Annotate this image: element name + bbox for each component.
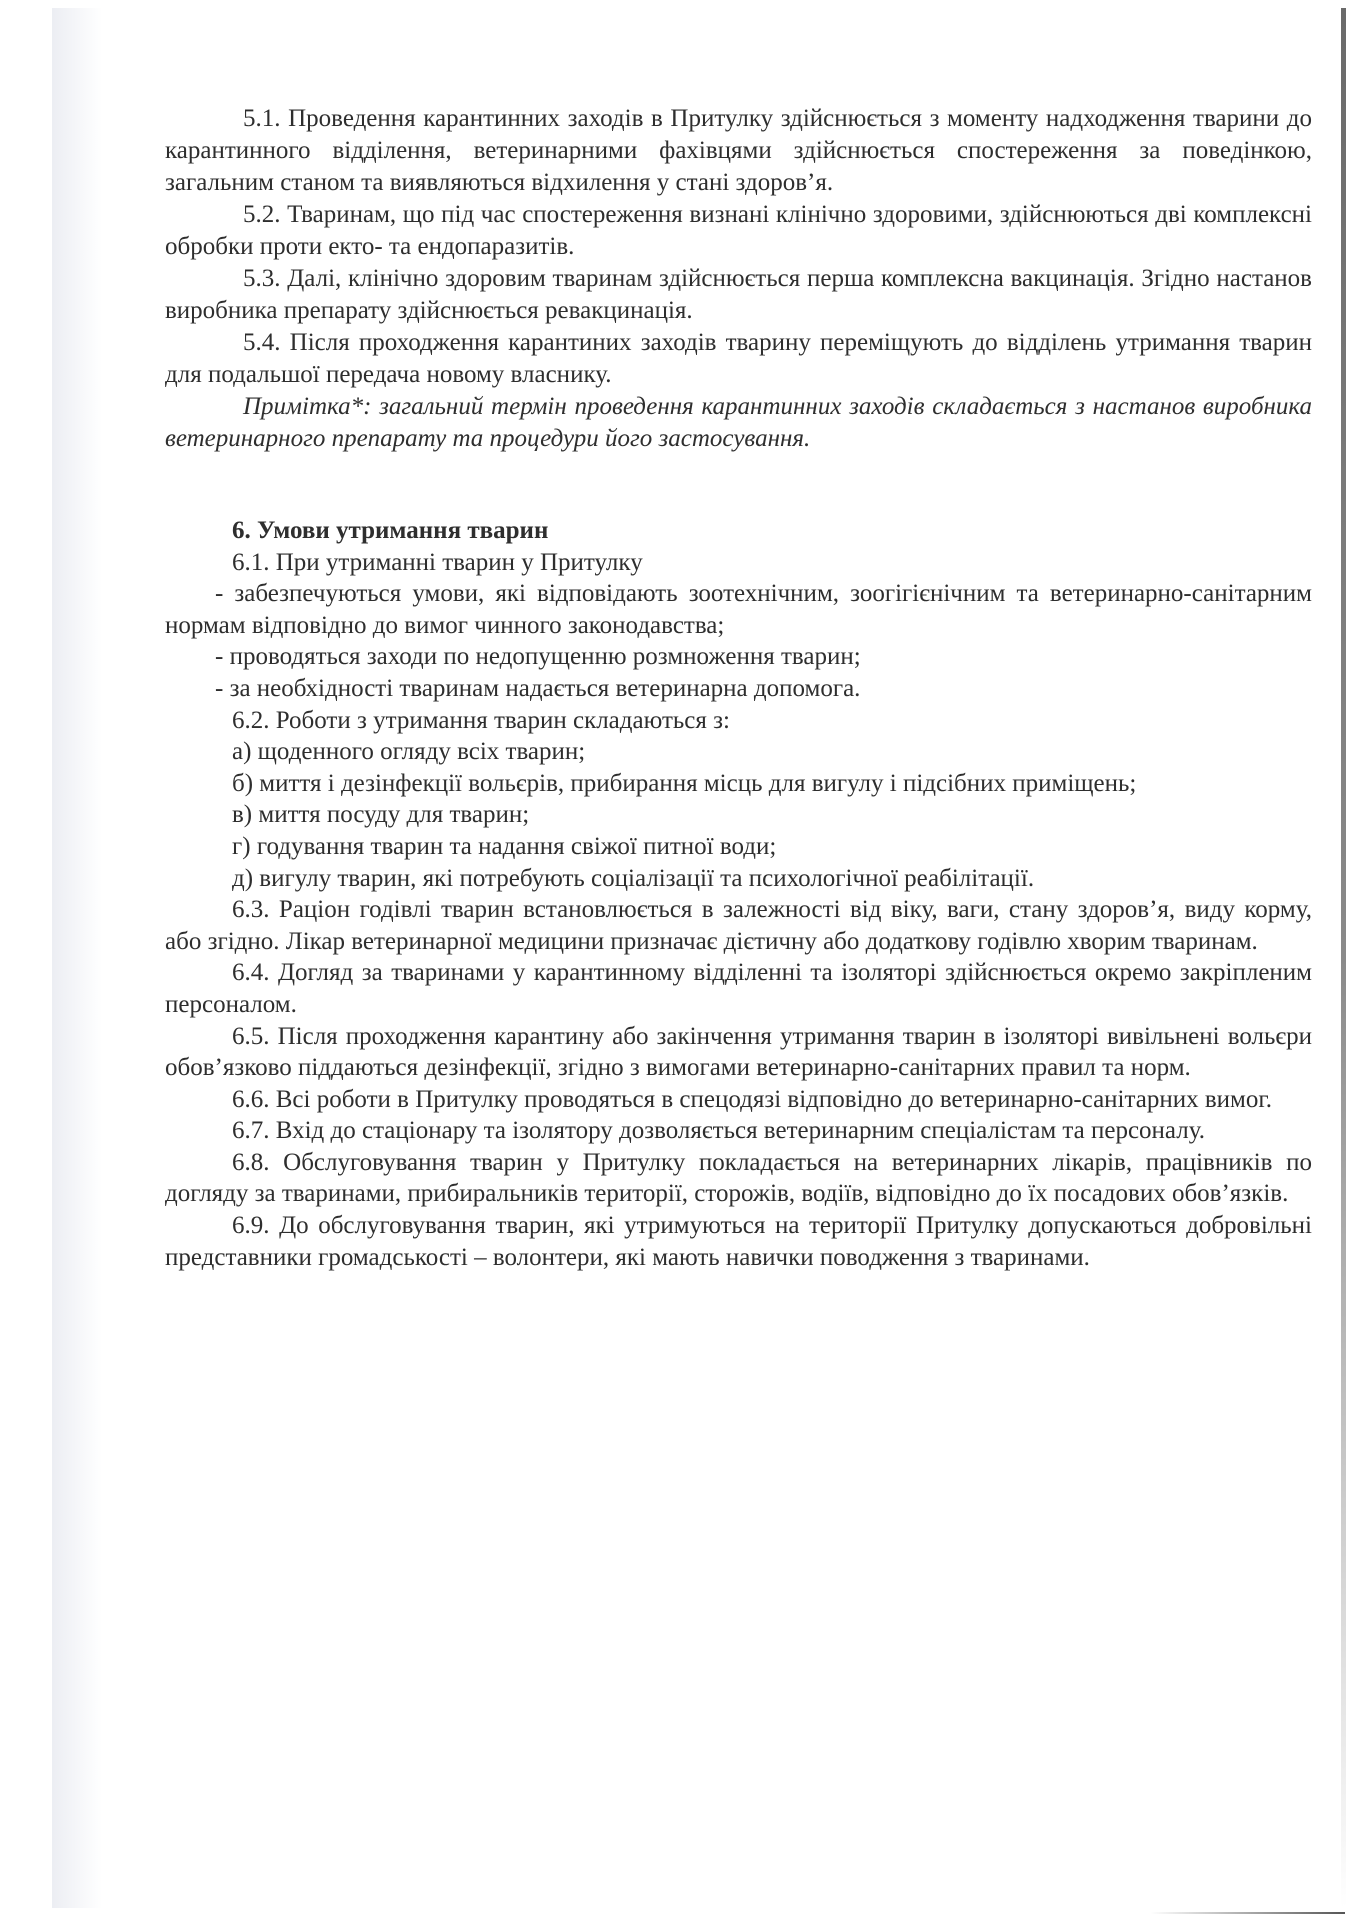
paragraph-6-9: 6.9. До обслуговування тварин, які утрим… [165, 1210, 1312, 1273]
list-item-6-2-a: а) щоденного огляду всіх тварин; [165, 736, 1312, 768]
list-item-6-2-b: б) миття і дезінфекції вольєрів, прибира… [165, 768, 1312, 800]
scan-edge-bottom [1150, 1912, 1345, 1914]
paragraph-6-4: 6.4. Догляд за тваринами у карантинному … [165, 957, 1312, 1020]
paragraph-6-5: 6.5. Після проходження карантину або зак… [165, 1021, 1312, 1084]
paragraph-5-4: 5.4. Після проходження карантиних заході… [165, 327, 1312, 391]
paragraph-5-3: 5.3. Далі, клінічно здоровим тваринам зд… [165, 263, 1312, 327]
paragraph-6-6: 6.6. Всі роботи в Притулку проводяться в… [165, 1084, 1312, 1116]
bullet-6-1-a: - забезпечуються умови, які відповідають… [165, 578, 1312, 641]
document-page: 5.1. Проведення карантинних заходів в Пр… [165, 103, 1312, 1273]
list-item-6-2-d: г) годування тварин та надання свіжої пи… [165, 831, 1312, 863]
paragraph-6-2: 6.2. Роботи з утримання тварин складають… [165, 705, 1312, 737]
paragraph-5-2: 5.2. Тваринам, що під час спостереження … [165, 199, 1312, 263]
section-6-heading: 6. Умови утримання тварин [165, 515, 1312, 547]
paragraph-6-1: 6.1. При утриманні тварин у Притулку [165, 547, 1312, 579]
paragraph-6-7: 6.7. Вхід до стаціонару та ізолятору доз… [165, 1115, 1312, 1147]
paragraph-5-1: 5.1. Проведення карантинних заходів в Пр… [165, 103, 1312, 199]
scan-shadow-left [52, 8, 102, 1908]
bullet-6-1-c: - за необхідності тваринам надається вет… [165, 673, 1312, 705]
list-item-6-2-e: д) вигулу тварин, які потребують соціалі… [165, 863, 1312, 895]
bullet-6-1-b: - проводяться заходи по недопущенню розм… [165, 641, 1312, 673]
section-gap [165, 455, 1312, 515]
list-item-6-2-c: в) миття посуду для тварин; [165, 799, 1312, 831]
note-paragraph: Примітка*: загальний термін проведення к… [165, 391, 1312, 455]
paragraph-6-8: 6.8. Обслуговування тварин у Притулку по… [165, 1147, 1312, 1210]
scan-edge-right [1341, 8, 1346, 1908]
section-6: 6. Умови утримання тварин 6.1. При утрим… [165, 515, 1312, 1273]
paragraph-6-3: 6.3. Раціон годівлі тварин встановлюєтьс… [165, 894, 1312, 957]
